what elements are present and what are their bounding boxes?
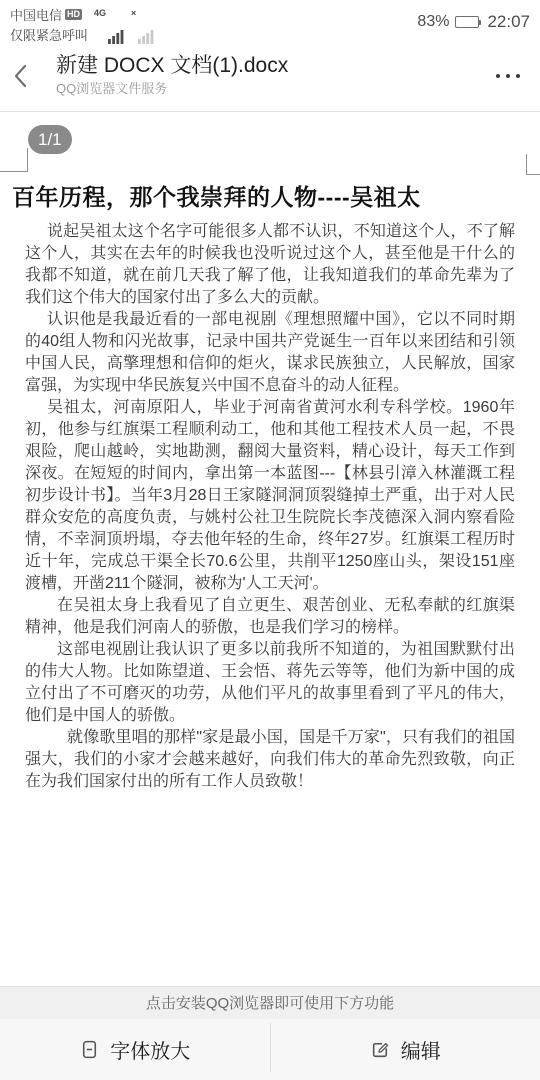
header: 新建 DOCX 文档(1).docx QQ浏览器文件服务 bbox=[0, 40, 540, 112]
font-size-icon bbox=[79, 1039, 100, 1060]
more-icon bbox=[496, 74, 500, 78]
paragraph: 吴祖太，河南原阳人，毕业于河南省黄河水利专科学校。1960年初，他参与红旗渠工程… bbox=[25, 397, 515, 595]
header-titles: 新建 DOCX 文档(1).docx QQ浏览器文件服务 bbox=[48, 53, 490, 98]
paragraph: 就像歌里唱的那样"家是最小国，国是千万家"，只有我们的祖国强大，我们的小家才会越… bbox=[25, 727, 515, 793]
font-enlarge-label: 字体放大 bbox=[110, 1035, 190, 1064]
battery-percent-label: 83% bbox=[417, 13, 449, 31]
screen: 中国电信 HD 仅限紧急呼叫 4G × bbox=[0, 0, 540, 1080]
document-page: 1/1 百年历程，那个我崇拜的人物----吴祖太 说起吴祖太这个名字可能很多人都… bbox=[0, 112, 540, 986]
back-icon bbox=[14, 64, 27, 88]
hd-icon: HD bbox=[65, 9, 82, 20]
document-body: 说起吴祖太这个名字可能很多人都不认识，不知道这个人，不了解这个人，其实在去年的时… bbox=[25, 221, 515, 793]
page-number-badge: 1/1 bbox=[28, 125, 72, 154]
edit-label: 编辑 bbox=[401, 1035, 441, 1064]
signal-primary-icon: 4G bbox=[94, 8, 125, 44]
edit-icon bbox=[370, 1039, 391, 1060]
clock-label: 22:07 bbox=[487, 12, 530, 32]
status-bar: 中国电信 HD 仅限紧急呼叫 4G × bbox=[0, 0, 540, 40]
paragraph: 这部电视剧让我认识了更多以前我所不知道的，为祖国默默付出的伟大人物。比如陈望道、… bbox=[25, 639, 515, 727]
carrier-label: 中国电信 bbox=[10, 5, 62, 24]
install-qq-browser-banner[interactable]: 点击安装QQ浏览器即可使用下方功能 bbox=[0, 986, 540, 1019]
more-menu-button[interactable] bbox=[490, 64, 526, 88]
document-title: 百年历程，那个我崇拜的人物----吴祖太 bbox=[12, 182, 528, 212]
signal-bars-icon bbox=[108, 20, 125, 44]
signal-secondary-icon: × bbox=[131, 8, 155, 44]
file-title: 新建 DOCX 文档(1).docx bbox=[56, 53, 490, 79]
signal-bars-gray-icon bbox=[138, 20, 155, 44]
page-corner-mark-right bbox=[526, 154, 540, 175]
battery-icon bbox=[455, 16, 481, 28]
paragraph: 在吴祖太身上我看见了自立更生、艰苦创业、无私奉献的红旗渠精神，他是我们河南人的骄… bbox=[25, 595, 515, 639]
bottom-toolbar: 字体放大 编辑 bbox=[0, 1019, 540, 1080]
status-left: 中国电信 HD 仅限紧急呼叫 4G × bbox=[10, 5, 155, 44]
paragraph: 说起吴祖太这个名字可能很多人都不认识，不知道这个人，不了解这个人，其实在去年的时… bbox=[25, 221, 515, 309]
emergency-call-label: 仅限紧急呼叫 bbox=[10, 25, 88, 44]
page-corner-mark-left bbox=[0, 148, 28, 172]
file-service-subtitle: QQ浏览器文件服务 bbox=[56, 80, 490, 98]
font-enlarge-button[interactable]: 字体放大 bbox=[0, 1019, 270, 1080]
status-right: 83% 22:07 bbox=[417, 12, 530, 32]
paragraph: 认识他是我最近看的一部电视剧《理想照耀中国》，它以不同时期的40组人物和闪光故事… bbox=[25, 309, 515, 397]
edit-button[interactable]: 编辑 bbox=[271, 1019, 540, 1080]
back-button[interactable] bbox=[14, 56, 48, 96]
